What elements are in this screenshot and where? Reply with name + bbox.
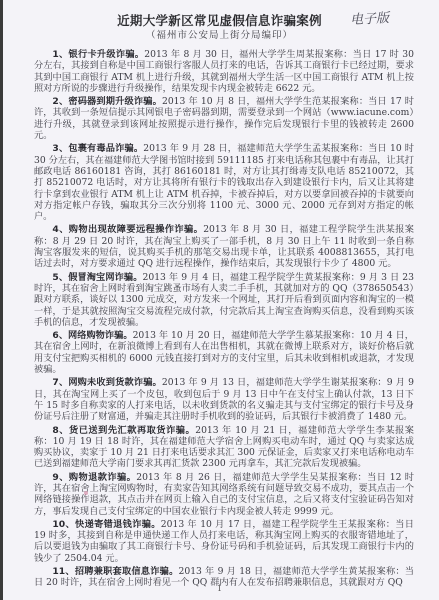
case-number: 1、 <box>52 49 68 60</box>
case-number: 5、 <box>52 272 68 283</box>
document-subtitle: （福州市公安局上街分局编印） <box>0 27 439 41</box>
case-heading: 密码器到期升级诈骗。 <box>68 96 162 107</box>
case-item-5: 5、假冒淘宝网诈骗。2013 年 9 月 4 日，福建工程学院学生黄某报案称：9… <box>34 272 414 328</box>
case-item-4: 4、购物出现故障要远程操作诈骗。2013 年 8 月 30 日，福建工程学院学生… <box>34 224 414 269</box>
case-item-1: 1、银行卡升级诈骗。2013 年 8 月 30 日，福州大学学生周某报案称：当日… <box>34 49 414 94</box>
page-number: 1 <box>0 584 439 593</box>
case-number: 9、 <box>52 472 68 483</box>
case-heading: 包裹有毒品诈骗。 <box>68 143 143 154</box>
case-heading: 招聘兼职套取信息诈骗。 <box>75 566 179 577</box>
case-number: 3、 <box>52 143 68 154</box>
case-heading: 假冒淘宝网诈骗。 <box>68 272 142 283</box>
case-heading: 银行卡升级诈骗。 <box>69 49 145 60</box>
handwritten-note: 电子版 <box>350 7 390 28</box>
case-item-9: 9、购物退款诈骗。2013 年 8 月 26 日，福建师范大学学生吴某报案称：当… <box>34 472 414 517</box>
case-body: 2013 年 9 月 28 日，福建师范大学学生孟某报案称：当日 10 时 30… <box>34 143 414 222</box>
document-page: 近期大学新区常见虚假信息诈骗案例 （福州市公安局上街分局编印） 电子版 1、银行… <box>0 0 439 600</box>
case-item-3: 3、包裹有毒品诈骗。2013 年 9 月 28 日，福建师范大学学生孟某报案称：… <box>34 143 414 222</box>
case-item-2: 2、密码器到期升级诈骗。2013 年 10 月 8 日，福州大学学生范某报案称：… <box>34 96 414 141</box>
case-number: 7、 <box>52 377 68 388</box>
case-heading: 货已送到先汇款再取货诈骗。 <box>69 425 195 436</box>
case-heading: 网购未收到货款诈骗。 <box>68 377 162 388</box>
case-heading: 快递寄错退钱诈骗。 <box>75 519 161 530</box>
case-heading: 网络购物诈骗。 <box>68 330 133 341</box>
case-number: 10、 <box>52 519 75 530</box>
case-heading: 购物退款诈骗。 <box>69 472 136 483</box>
case-number: 2、 <box>52 96 68 107</box>
case-item-7: 7、网购未收到货款诈骗。2013 年 9 月 13 日，福建师范大学学生谢某报案… <box>34 377 414 422</box>
ink-smudge <box>84 491 88 495</box>
case-number: 4、 <box>52 224 68 235</box>
case-number: 8、 <box>52 425 69 436</box>
case-heading: 购物出现故障要远程操作诈骗。 <box>69 224 203 235</box>
case-item-8: 8、货已送到先汇款再取货诈骗。2013 年 10 月 21 日，福建师范大学学生… <box>34 425 414 470</box>
case-item-6: 6、网络购物诈骗。2013 年 10 月 20 日，福建师范大学学生慕某报案称：… <box>34 330 414 375</box>
case-number: 6、 <box>52 330 68 341</box>
case-number: 11、 <box>52 566 74 577</box>
scan-left-edge <box>0 0 3 600</box>
case-item-10: 10、快递寄错退钱诈骗。2013 年 10 月 17 日，福建工程学院学生王某报… <box>34 519 414 564</box>
case-list: 1、银行卡升级诈骗。2013 年 8 月 30 日，福州大学学生周某报案称：当日… <box>34 49 414 591</box>
